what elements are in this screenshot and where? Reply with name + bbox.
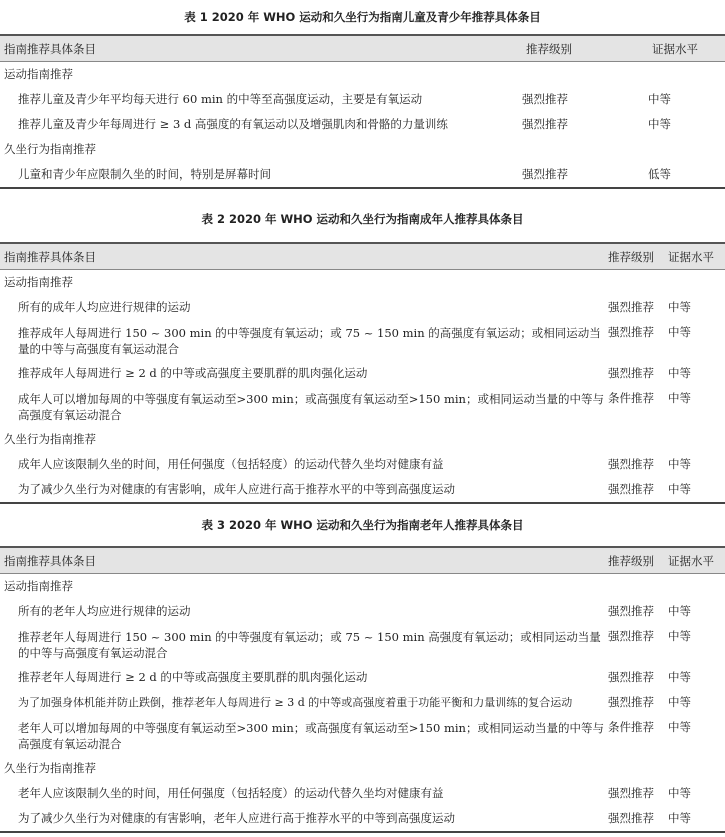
grade-cell: 强烈推荐 <box>604 690 664 715</box>
level-cell: 中等 <box>664 361 725 386</box>
header-grade: 推荐级别 <box>604 547 664 574</box>
table-row: 所有的老年人均应进行规律的运动 强烈推荐 中等 <box>0 599 725 624</box>
table-caption: 表 2 2020 年 WHO 运动和久坐行为指南成年人推荐具体条目 <box>0 209 725 229</box>
section-row: 久坐行为指南推荐 <box>0 756 725 781</box>
item-text: 老年人应该限制久坐的时间，用任何强度（包括轻度）的运动代替久坐均对健康有益 <box>0 781 604 806</box>
section-title: 运动指南推荐 <box>0 270 725 296</box>
grade-cell: 强烈推荐 <box>604 477 664 503</box>
level-cell: 中等 <box>664 477 725 503</box>
table-1: 指南推荐具体条目 推荐级别 证据水平 运动指南推荐 推荐儿童及青少年平均每天进行… <box>0 34 725 189</box>
section-title: 久坐行为指南推荐 <box>0 427 725 452</box>
item-text: 推荐儿童及青少年平均每天进行 60 min 的中等至高强度运动，主要是有氧运动 <box>0 87 522 112</box>
table-row: 推荐老年人每周进行 ≥ 2 d 的中等或高强度主要肌群的肌肉强化运动 强烈推荐 … <box>0 665 725 690</box>
grade-cell: 条件推荐 <box>604 715 664 756</box>
table-row: 推荐儿童及青少年平均每天进行 60 min 的中等至高强度运动，主要是有氧运动 … <box>0 87 725 112</box>
header-grade: 推荐级别 <box>522 35 648 62</box>
table-2: 指南推荐具体条目 推荐级别 证据水平 运动指南推荐 所有的成年人均应进行规律的运… <box>0 242 725 504</box>
section-row: 运动指南推荐 <box>0 62 725 88</box>
section-title: 久坐行为指南推荐 <box>0 137 725 162</box>
level-cell: 中等 <box>664 665 725 690</box>
grade-cell: 强烈推荐 <box>604 295 664 320</box>
section-row: 运动指南推荐 <box>0 574 725 600</box>
header-item: 指南推荐具体条目 <box>0 243 604 270</box>
item-text: 为了减少久坐行为对健康的有害影响，老年人应进行高于推荐水平的中等到高强度运动 <box>0 806 604 832</box>
header-level: 证据水平 <box>664 547 725 574</box>
header-item: 指南推荐具体条目 <box>0 35 522 62</box>
table-3-block: 表 3 2020 年 WHO 运动和久坐行为指南老年人推荐具体条目 指南推荐具体… <box>0 515 725 833</box>
table-row: 所有的成年人均应进行规律的运动 强烈推荐 中等 <box>0 295 725 320</box>
item-text: 为了加强身体机能并防止跌倒，推荐老年人每周进行 ≥ 3 d 的中等或高强度着重于… <box>0 690 604 715</box>
table-row: 成年人可以增加每周的中等强度有氧运动至>300 min；或高强度有氧运动至>15… <box>0 386 725 427</box>
table-row: 儿童和青少年应限制久坐的时间，特别是屏幕时间 强烈推荐 低等 <box>0 162 725 188</box>
header-item: 指南推荐具体条目 <box>0 547 604 574</box>
item-text: 推荐老年人每周进行 ≥ 2 d 的中等或高强度主要肌群的肌肉强化运动 <box>0 665 604 690</box>
header-level: 证据水平 <box>648 35 725 62</box>
table-caption: 表 1 2020 年 WHO 运动和久坐行为指南儿童及青少年推荐具体条目 <box>0 7 725 27</box>
item-text: 老年人可以增加每周的中等强度有氧运动至>300 min；或高强度有氧运动至>15… <box>0 715 604 756</box>
table-header-row: 指南推荐具体条目 推荐级别 证据水平 <box>0 547 725 574</box>
level-cell: 中等 <box>664 295 725 320</box>
header-level: 证据水平 <box>664 243 725 270</box>
table-row: 老年人应该限制久坐的时间，用任何强度（包括轻度）的运动代替久坐均对健康有益 强烈… <box>0 781 725 806</box>
section-title: 运动指南推荐 <box>0 62 725 88</box>
level-cell: 中等 <box>648 87 725 112</box>
level-cell: 中等 <box>664 452 725 477</box>
table-3: 指南推荐具体条目 推荐级别 证据水平 运动指南推荐 所有的老年人均应进行规律的运… <box>0 546 725 833</box>
item-text: 推荐成年人每周进行 150 ~ 300 min 的中等强度有氧运动；或 75 ~… <box>0 320 604 361</box>
table-row: 推荐老年人每周进行 150 ~ 300 min 的中等强度有氧运动；或 75 ~… <box>0 624 725 665</box>
level-cell: 中等 <box>664 690 725 715</box>
section-row: 久坐行为指南推荐 <box>0 137 725 162</box>
grade-cell: 强烈推荐 <box>522 112 648 137</box>
section-row: 运动指南推荐 <box>0 270 725 296</box>
table-row: 推荐成年人每周进行 150 ~ 300 min 的中等强度有氧运动；或 75 ~… <box>0 320 725 361</box>
level-cell: 中等 <box>664 599 725 624</box>
table-row: 推荐儿童及青少年每周进行 ≥ 3 d 高强度的有氧运动以及增强肌肉和骨骼的力量训… <box>0 112 725 137</box>
level-cell: 中等 <box>664 806 725 832</box>
grade-cell: 强烈推荐 <box>604 361 664 386</box>
grade-cell: 强烈推荐 <box>522 87 648 112</box>
item-text: 为了减少久坐行为对健康的有害影响，成年人应进行高于推荐水平的中等到高强度运动 <box>0 477 604 503</box>
header-grade: 推荐级别 <box>604 243 664 270</box>
grade-cell: 强烈推荐 <box>604 599 664 624</box>
grade-cell: 强烈推荐 <box>604 781 664 806</box>
level-cell: 中等 <box>664 624 725 665</box>
table-row: 为了加强身体机能并防止跌倒，推荐老年人每周进行 ≥ 3 d 的中等或高强度着重于… <box>0 690 725 715</box>
level-cell: 低等 <box>648 162 725 188</box>
grade-cell: 强烈推荐 <box>604 320 664 361</box>
grade-cell: 强烈推荐 <box>604 665 664 690</box>
item-text: 所有的老年人均应进行规律的运动 <box>0 599 604 624</box>
item-text: 成年人应该限制久坐的时间，用任何强度（包括轻度）的运动代替久坐均对健康有益 <box>0 452 604 477</box>
table-row: 老年人可以增加每周的中等强度有氧运动至>300 min；或高强度有氧运动至>15… <box>0 715 725 756</box>
section-row: 久坐行为指南推荐 <box>0 427 725 452</box>
grade-cell: 强烈推荐 <box>604 806 664 832</box>
table-row: 成年人应该限制久坐的时间，用任何强度（包括轻度）的运动代替久坐均对健康有益 强烈… <box>0 452 725 477</box>
table-row: 为了减少久坐行为对健康的有害影响，老年人应进行高于推荐水平的中等到高强度运动 强… <box>0 806 725 832</box>
level-cell: 中等 <box>664 781 725 806</box>
item-text: 推荐成年人每周进行 ≥ 2 d 的中等或高强度主要肌群的肌肉强化运动 <box>0 361 604 386</box>
grade-cell: 强烈推荐 <box>604 452 664 477</box>
table-header-row: 指南推荐具体条目 推荐级别 证据水平 <box>0 243 725 270</box>
grade-cell: 强烈推荐 <box>604 624 664 665</box>
item-text: 推荐儿童及青少年每周进行 ≥ 3 d 高强度的有氧运动以及增强肌肉和骨骼的力量训… <box>0 112 522 137</box>
grade-cell: 强烈推荐 <box>522 162 648 188</box>
section-title: 运动指南推荐 <box>0 574 725 600</box>
table-row: 推荐成年人每周进行 ≥ 2 d 的中等或高强度主要肌群的肌肉强化运动 强烈推荐 … <box>0 361 725 386</box>
level-cell: 中等 <box>648 112 725 137</box>
level-cell: 中等 <box>664 320 725 361</box>
item-text: 推荐老年人每周进行 150 ~ 300 min 的中等强度有氧运动；或 75 ~… <box>0 624 604 665</box>
table-caption: 表 3 2020 年 WHO 运动和久坐行为指南老年人推荐具体条目 <box>0 515 725 535</box>
level-cell: 中等 <box>664 715 725 756</box>
grade-cell: 条件推荐 <box>604 386 664 427</box>
table-row: 为了减少久坐行为对健康的有害影响，成年人应进行高于推荐水平的中等到高强度运动 强… <box>0 477 725 503</box>
section-title: 久坐行为指南推荐 <box>0 756 725 781</box>
item-text: 儿童和青少年应限制久坐的时间，特别是屏幕时间 <box>0 162 522 188</box>
level-cell: 中等 <box>664 386 725 427</box>
table-2-block: 表 2 2020 年 WHO 运动和久坐行为指南成年人推荐具体条目 指南推荐具体… <box>0 209 725 504</box>
table-1-block: 表 1 2020 年 WHO 运动和久坐行为指南儿童及青少年推荐具体条目 指南推… <box>0 7 725 189</box>
item-text: 成年人可以增加每周的中等强度有氧运动至>300 min；或高强度有氧运动至>15… <box>0 386 604 427</box>
table-header-row: 指南推荐具体条目 推荐级别 证据水平 <box>0 35 725 62</box>
item-text: 所有的成年人均应进行规律的运动 <box>0 295 604 320</box>
